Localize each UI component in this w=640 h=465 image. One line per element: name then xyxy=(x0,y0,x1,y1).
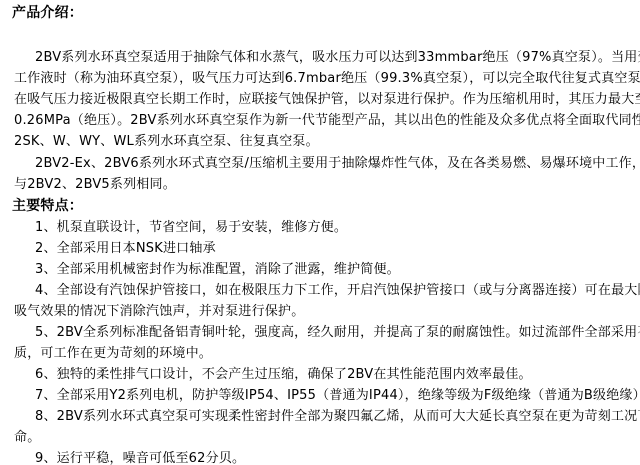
intro-paragraph-1-line-4: 0.26MPa（绝压）。2BV系列水环真空泵作为新一代节能型产品，其以出色的性能… xyxy=(14,113,640,129)
product-intro-heading: 产品介绍： xyxy=(12,5,83,21)
feature-line: 4、全部设有汽蚀保护管接口，如在极限压力下工作，开启汽蚀保护管接口（或与分离器连… xyxy=(35,283,640,299)
feature-line-continuation: 质，可工作在更为苛刻的环境中。 xyxy=(14,346,212,362)
feature-line: 7、全部采用Y2系列电机，防护等级IP54、IP55（普通为IP44），绝缘等级… xyxy=(35,388,640,404)
feature-line: 2、全部采用日本NSK进口轴承 xyxy=(35,241,216,257)
feature-line: 9、运行平稳，噪音可低至62分贝。 xyxy=(35,451,245,465)
feature-line: 5、2BV全系列标准配备铝青铜叶轮，强度高，经久耐用，并提高了泵的耐腐蚀性。如过… xyxy=(35,325,640,341)
feature-line-continuation: 命。 xyxy=(14,430,40,446)
feature-line-continuation: 吸气效果的情况下消除汽蚀声，并对泵进行保护。 xyxy=(14,304,304,320)
intro-paragraph-2-line-2: 与2BV2、2BV5系列相同。 xyxy=(14,177,176,193)
feature-line: 1、机泵直联设计，节省空间，易于安装，维修方便。 xyxy=(35,220,347,236)
intro-paragraph-1-line-5: 2SK、W、WY、WL系列水环真空泵、往复真空泵。 xyxy=(14,134,319,150)
feature-line: 6、独特的柔性排气口设计，不会产生过压缩，确保了2BV在其性能范围内效率最佳。 xyxy=(35,367,532,383)
intro-paragraph-1-line-2: 工作液时（称为油环真空泵），吸气压力可达到6.7mbar绝压（99.3%真空泵）… xyxy=(14,71,640,87)
features-heading: 主要特点： xyxy=(12,198,83,214)
intro-paragraph-1-line-1: 2BV系列水环真空泵适用于抽除气体和水蒸气，吸水压力可以达到33mmbar绝压（… xyxy=(35,50,640,66)
intro-paragraph-2-line-1: 2BV2-Ex、2BV6系列水环式真空泵/压缩机主要用于抽除爆炸性气体，及在各类… xyxy=(35,156,640,172)
feature-line: 3、全部采用机械密封作为标准配置，消除了泄露，维护简便。 xyxy=(35,262,400,278)
intro-paragraph-1-line-3: 在吸气压力接近极限真空长期工作时，应联接气蚀保护管，以对泵进行保护。作为压缩机用… xyxy=(14,92,640,108)
feature-line: 8、2BV系列水环式真空泵可实现柔性密封件全部为聚四氟乙烯，从而可大大延长真空泵… xyxy=(35,409,640,425)
